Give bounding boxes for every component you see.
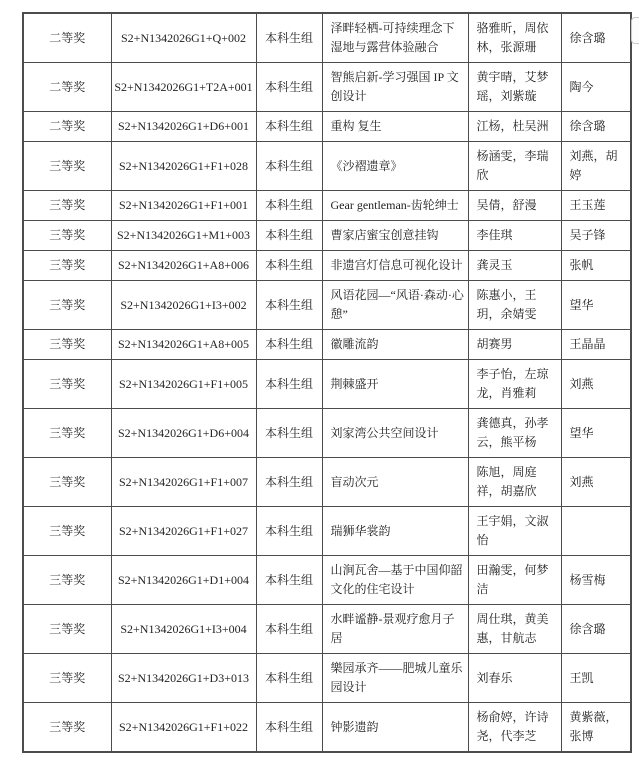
- award-cell: 三等奖: [23, 360, 111, 409]
- advisor-cell: 王晶晶: [561, 330, 631, 360]
- code-cell: S2+N1342026G1+Q+002: [111, 13, 256, 63]
- members-cell: 陈旭，周庭祥，胡嘉欣: [468, 458, 561, 507]
- title-cell: 山涧瓦舍—基于中国仰韶文化的住宅设计: [322, 556, 468, 605]
- group-cell: 本科生组: [256, 142, 322, 191]
- table-row: 三等奖S2+N1342026G1+F1+022本科生组钟影遗韵杨俞婷，许诗尧，代…: [23, 703, 631, 753]
- group-cell: 本科生组: [256, 654, 322, 703]
- members-cell: 胡赛男: [468, 330, 561, 360]
- group-cell: 本科生组: [256, 63, 322, 112]
- award-cell: 三等奖: [23, 281, 111, 330]
- award-cell: 三等奖: [23, 458, 111, 507]
- members-cell: 龚灵玉: [468, 251, 561, 281]
- award-cell: 二等奖: [23, 112, 111, 142]
- code-cell: S2+N1342026G1+M1+003: [111, 221, 256, 251]
- members-cell: 刘春乐: [468, 654, 561, 703]
- advisor-cell: 杨雪梅: [561, 556, 631, 605]
- group-cell: 本科生组: [256, 703, 322, 753]
- title-cell: 非遗宫灯信息可视化设计: [322, 251, 468, 281]
- award-cell: 三等奖: [23, 605, 111, 654]
- code-cell: S2+N1342026G1+I3+004: [111, 605, 256, 654]
- code-cell: S2+N1342026G1+T2A+001: [111, 63, 256, 112]
- group-cell: 本科生组: [256, 13, 322, 63]
- award-table-body: 二等奖S2+N1342026G1+Q+002本科生组泽畔轻栖-可持续理念下湿地与…: [23, 13, 631, 752]
- advisor-cell: 王玉莲: [561, 191, 631, 221]
- table-row: 二等奖S2+N1342026G1+Q+002本科生组泽畔轻栖-可持续理念下湿地与…: [23, 13, 631, 63]
- title-cell: 《沙褶遗章》: [322, 142, 468, 191]
- table-row: 三等奖S2+N1342026G1+D3+013本科生组樂园承齐——肥城儿童乐园设…: [23, 654, 631, 703]
- title-cell: 樂园承齐——肥城儿童乐园设计: [322, 654, 468, 703]
- group-cell: 本科生组: [256, 330, 322, 360]
- table-row: 三等奖S2+N1342026G1+F1+005本科生组荆棘盛开李子怡，左琼龙，肖…: [23, 360, 631, 409]
- award-cell: 三等奖: [23, 221, 111, 251]
- title-cell: 曹家店蜜宝创意挂钩: [322, 221, 468, 251]
- award-cell: 三等奖: [23, 507, 111, 556]
- advisor-cell: 刘燕: [561, 360, 631, 409]
- table-row: 二等奖S2+N1342026G1+T2A+001本科生组智熊启新-学习强国 IP…: [23, 63, 631, 112]
- advisor-cell: 望华: [561, 281, 631, 330]
- members-cell: 王宇娟，文淑怡: [468, 507, 561, 556]
- title-cell: 刘家湾公共空间设计: [322, 409, 468, 458]
- award-cell: 三等奖: [23, 142, 111, 191]
- award-cell: 二等奖: [23, 63, 111, 112]
- group-cell: 本科生组: [256, 556, 322, 605]
- group-cell: 本科生组: [256, 221, 322, 251]
- table-row: 二等奖S2+N1342026G1+D6+001本科生组重构 复生江杨，杜吴洲徐含…: [23, 112, 631, 142]
- members-cell: 吴倩，舒漫: [468, 191, 561, 221]
- award-cell: 三等奖: [23, 330, 111, 360]
- members-cell: 李子怡，左琼龙，肖雅莉: [468, 360, 561, 409]
- code-cell: S2+N1342026G1+F1+022: [111, 703, 256, 753]
- members-cell: 骆雅昕，周依林，张源珊: [468, 13, 561, 63]
- code-cell: S2+N1342026G1+F1+028: [111, 142, 256, 191]
- advisor-cell: 徐含璐: [561, 112, 631, 142]
- title-cell: 风语花园—“风语·森动·心憩”: [322, 281, 468, 330]
- table-row: 三等奖S2+N1342026G1+F1+007本科生组盲动次元陈旭，周庭祥，胡嘉…: [23, 458, 631, 507]
- title-cell: 徽雕流韵: [322, 330, 468, 360]
- table-row: 三等奖S2+N1342026G1+A8+006本科生组非遗宫灯信息可视化设计龚灵…: [23, 251, 631, 281]
- members-cell: 杨俞婷，许诗尧，代李芝: [468, 703, 561, 753]
- advisor-cell: 王凯: [561, 654, 631, 703]
- members-cell: 周仕琪，黄美惠，甘航志: [468, 605, 561, 654]
- advisor-cell: 陶今: [561, 63, 631, 112]
- title-cell: 水畔谧静-景观疗愈月子居: [322, 605, 468, 654]
- table-row: 三等奖S2+N1342026G1+A8+005本科生组徽雕流韵胡赛男王晶晶: [23, 330, 631, 360]
- advisor-cell: 吴子锋: [561, 221, 631, 251]
- group-cell: 本科生组: [256, 112, 322, 142]
- code-cell: S2+N1342026G1+A8+006: [111, 251, 256, 281]
- award-results-table: 二等奖S2+N1342026G1+Q+002本科生组泽畔轻栖-可持续理念下湿地与…: [22, 12, 632, 753]
- edge-widget-fragment[interactable]: [631, 17, 639, 44]
- table-row: 三等奖S2+N1342026G1+F1+001本科生组Gear gentlema…: [23, 191, 631, 221]
- code-cell: S2+N1342026G1+D1+004: [111, 556, 256, 605]
- code-cell: S2+N1342026G1+D6+001: [111, 112, 256, 142]
- title-cell: 瑞狮华裳韵: [322, 507, 468, 556]
- members-cell: 黄宇晴，艾梦瑶，刘紫璇: [468, 63, 561, 112]
- table-row: 三等奖S2+N1342026G1+M1+003本科生组曹家店蜜宝创意挂钩李佳琪吴…: [23, 221, 631, 251]
- group-cell: 本科生组: [256, 409, 322, 458]
- title-cell: 盲动次元: [322, 458, 468, 507]
- table-row: 三等奖S2+N1342026G1+F1+028本科生组《沙褶遗章》杨涵雯，李瑞欣…: [23, 142, 631, 191]
- title-cell: 钟影遗韵: [322, 703, 468, 753]
- award-cell: 三等奖: [23, 409, 111, 458]
- group-cell: 本科生组: [256, 360, 322, 409]
- table-row: 三等奖S2+N1342026G1+I3+002本科生组风语花园—“风语·森动·心…: [23, 281, 631, 330]
- group-cell: 本科生组: [256, 191, 322, 221]
- advisor-cell: 黄紫薇，张博: [561, 703, 631, 753]
- title-cell: 荆棘盛开: [322, 360, 468, 409]
- group-cell: 本科生组: [256, 281, 322, 330]
- award-cell: 三等奖: [23, 703, 111, 753]
- advisor-cell: 望华: [561, 409, 631, 458]
- table-row: 三等奖S2+N1342026G1+F1+027本科生组瑞狮华裳韵王宇娟，文淑怡: [23, 507, 631, 556]
- table-row: 三等奖S2+N1342026G1+I3+004本科生组水畔谧静-景观疗愈月子居周…: [23, 605, 631, 654]
- table-row: 三等奖S2+N1342026G1+D1+004本科生组山涧瓦舍—基于中国仰韶文化…: [23, 556, 631, 605]
- award-cell: 三等奖: [23, 654, 111, 703]
- advisor-cell: [561, 507, 631, 556]
- group-cell: 本科生组: [256, 458, 322, 507]
- members-cell: 江杨，杜吴洲: [468, 112, 561, 142]
- advisor-cell: 徐含璐: [561, 605, 631, 654]
- group-cell: 本科生组: [256, 507, 322, 556]
- title-cell: 智熊启新-学习强国 IP 文创设计: [322, 63, 468, 112]
- group-cell: 本科生组: [256, 605, 322, 654]
- code-cell: S2+N1342026G1+A8+005: [111, 330, 256, 360]
- members-cell: 李佳琪: [468, 221, 561, 251]
- members-cell: 杨涵雯，李瑞欣: [468, 142, 561, 191]
- award-cell: 三等奖: [23, 191, 111, 221]
- members-cell: 龚德真，孙孝云，熊平杨: [468, 409, 561, 458]
- code-cell: S2+N1342026G1+I3+002: [111, 281, 256, 330]
- code-cell: S2+N1342026G1+F1+005: [111, 360, 256, 409]
- advisor-cell: 刘燕: [561, 458, 631, 507]
- code-cell: S2+N1342026G1+F1+027: [111, 507, 256, 556]
- award-cell: 三等奖: [23, 556, 111, 605]
- members-cell: 陈惠小，王玥，余婧雯: [468, 281, 561, 330]
- code-cell: S2+N1342026G1+D3+013: [111, 654, 256, 703]
- title-cell: 泽畔轻栖-可持续理念下湿地与露营体验融合: [322, 13, 468, 63]
- group-cell: 本科生组: [256, 251, 322, 281]
- title-cell: 重构 复生: [322, 112, 468, 142]
- members-cell: 田瀚雯，何梦洁: [468, 556, 561, 605]
- table-row: 三等奖S2+N1342026G1+D6+004本科生组刘家湾公共空间设计龚德真，…: [23, 409, 631, 458]
- award-cell: 三等奖: [23, 251, 111, 281]
- advisor-cell: 刘燕，胡婷: [561, 142, 631, 191]
- code-cell: S2+N1342026G1+F1+001: [111, 191, 256, 221]
- advisor-cell: 张帆: [561, 251, 631, 281]
- code-cell: S2+N1342026G1+D6+004: [111, 409, 256, 458]
- advisor-cell: 徐含璐: [561, 13, 631, 63]
- code-cell: S2+N1342026G1+F1+007: [111, 458, 256, 507]
- award-cell: 二等奖: [23, 13, 111, 63]
- title-cell: Gear gentleman-齿轮绅士: [322, 191, 468, 221]
